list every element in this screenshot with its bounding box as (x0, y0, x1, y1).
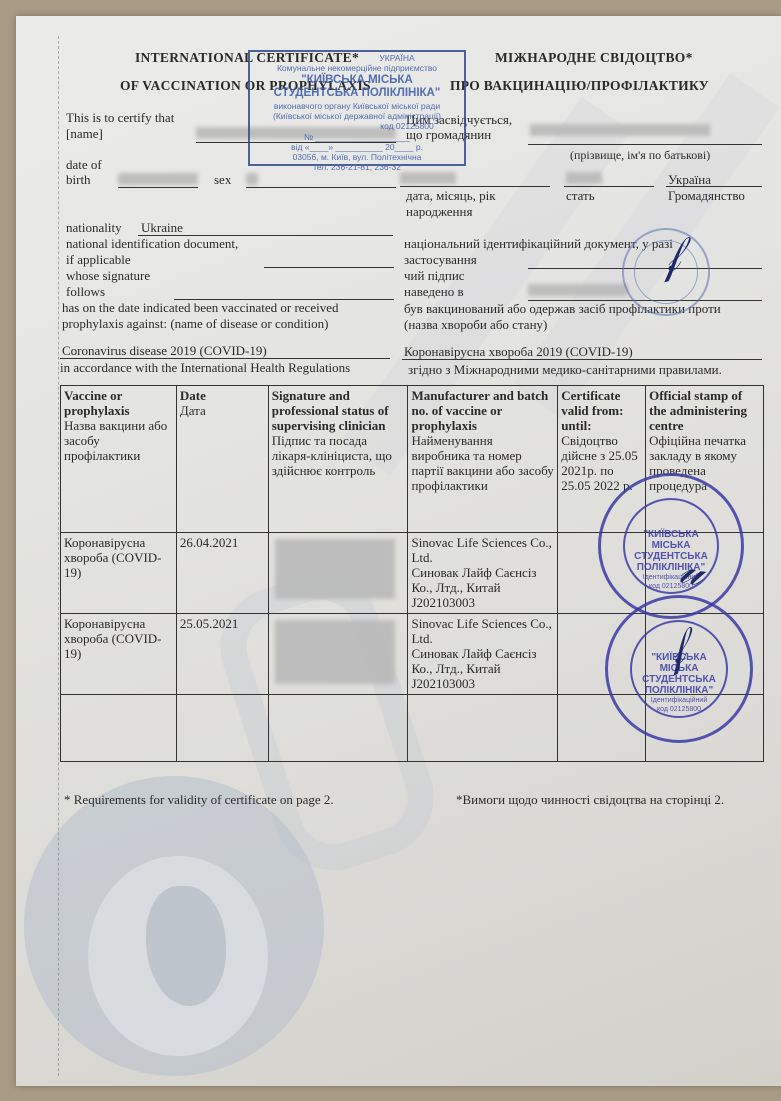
stamp-text: "КИЇВСЬКА (601, 529, 741, 540)
rect-stamp-line: виконавчого органу Київської міської рад… (250, 101, 464, 111)
rect-stamp-line: Комунальне некомерційне підприємство (250, 63, 464, 73)
title-uk-line1: МІЖНАРОДНЕ СВІДОЦТВО* (495, 50, 693, 66)
footer-note-uk: *Вимоги щодо чинності свідоцтва на сторі… (456, 792, 724, 808)
dob-line-uk (400, 186, 550, 187)
rect-stamp-line: "КИЇВСЬКА МІСЬКА (250, 74, 464, 86)
vaccinated-label-en-2: prophylaxis against: (name of disease or… (62, 316, 328, 332)
redacted-sex-uk (566, 172, 602, 184)
cell-empty (268, 695, 408, 762)
cell-clinician (268, 614, 408, 695)
dob-label-en-1: date of (66, 157, 102, 173)
signature-label-uk-1: чий підпис (404, 268, 465, 284)
disease-line-en (60, 358, 390, 359)
header-date: DateДата (176, 386, 268, 533)
stamp-text: Ідентифікаційний (608, 696, 750, 705)
national-id-label-en-1: national identification document, (66, 236, 238, 252)
redacted-clinician (275, 539, 395, 599)
globe-watermark-inner (88, 856, 268, 1056)
cell-manufacturer: Sinovac Life Sciences Co., Ltd.Синовак Л… (408, 614, 558, 695)
dob-label-en-2: birth (66, 172, 91, 188)
header-clinician: Signature and professional status of sup… (268, 386, 408, 533)
redacted-sex-en (246, 173, 258, 185)
stamp-text: МІСЬКА (601, 540, 741, 551)
name-line-uk (528, 144, 762, 145)
dob-label-uk-1: дата, місяць, рік (406, 188, 496, 204)
cell-manufacturer: Sinovac Life Sciences Co., Ltd.Синовак Л… (408, 533, 558, 614)
signature-label-en-1: whose signature (66, 268, 150, 284)
signature-label-en-2: follows (66, 284, 105, 300)
citizenship-line-uk (666, 186, 762, 187)
disease-value-en: Coronavirus disease 2019 (COVID-19) (62, 343, 267, 359)
rect-stamp-line: від «____» __________ 20____ р. (250, 142, 464, 152)
rect-stamp-line: УКРАЇНА (290, 53, 504, 63)
rect-stamp-line: СТУДЕНТСЬКА ПОЛІКЛІНІКА" (250, 87, 464, 99)
stamp-text: СТУДЕНТСЬКА (608, 674, 750, 685)
sex-label-en: sex (214, 172, 231, 188)
stamp-text: СТУДЕНТСЬКА (601, 551, 741, 562)
stamp-text: ПОЛІКЛІНІКА" (608, 685, 750, 696)
header-vaccine: Vaccine or prophylaxisНазва вакцини або … (61, 386, 177, 533)
regulations-uk: згідно з Міжнародними медико-санітарними… (408, 362, 722, 378)
redacted-doc-uk (528, 284, 628, 296)
stamp-text: Ідентифікаційний (601, 573, 741, 582)
disease-line-uk (402, 359, 762, 360)
national-id-label-en-2: if applicable (66, 252, 131, 268)
redacted-dob-en (118, 173, 198, 185)
institution-rectangular-stamp: УКРАЇНА Комунальне некомерційне підприєм… (248, 50, 466, 166)
cell-empty (61, 695, 177, 762)
rect-stamp-line: тел. 236-21-81, 236-32 (250, 162, 464, 172)
header-manufacturer: Manufacturer and batch no. of vaccine or… (408, 386, 558, 533)
stamp-text: код 02125800 (608, 705, 750, 714)
vaccinated-label-uk-2: (назва хвороби або стану) (404, 317, 547, 333)
nationality-value-en: Ukraine (141, 220, 183, 236)
cell-date: 25.05.2021 (176, 614, 268, 695)
redacted-clinician (275, 620, 395, 684)
citizenship-label-uk: Громадянство (668, 188, 745, 204)
national-id-line-en (264, 267, 394, 268)
rect-stamp-line: № ____________________ (250, 132, 464, 142)
stamp-text: ПОЛІКЛІНІКА" (601, 562, 741, 573)
cell-empty (176, 695, 268, 762)
rect-stamp-line: (Київської міської державної адміністрац… (250, 111, 464, 121)
sex-line-uk (564, 186, 654, 187)
sex-line-en (246, 187, 396, 188)
sex-label-uk: стать (566, 188, 595, 204)
name-label-en: [name] (66, 126, 103, 142)
dob-label-uk-2: народження (406, 204, 472, 220)
dob-line-en (118, 187, 198, 188)
perforation-line (58, 36, 59, 1076)
redacted-name-uk (530, 124, 710, 136)
signature-label-uk-2: наведено в (404, 284, 464, 300)
cell-clinician (268, 533, 408, 614)
national-id-label-uk-2: застосування (404, 252, 477, 268)
rect-stamp-line: код 02125800 (300, 121, 514, 131)
cell-vaccine: Коронавірусна хвороба (COVID-19) (61, 614, 177, 695)
cell-date: 26.04.2021 (176, 533, 268, 614)
cell-vaccine: Коронавірусна хвороба (COVID-19) (61, 533, 177, 614)
redacted-dob-uk (400, 172, 456, 184)
title-uk-line2: ПРО ВАКЦИНАЦІЮ/ПРОФІЛАКТИКУ (450, 78, 709, 94)
footer-note-en: * Requirements for validity of certifica… (64, 792, 334, 808)
regulations-en: in accordance with the International Hea… (60, 360, 350, 376)
nationality-label-en: nationality (66, 220, 122, 236)
certify-label-en: This is to certify that (66, 110, 174, 126)
globe-watermark-icon (24, 776, 324, 1076)
vaccinated-label-en-1: has on the date indicated been vaccinate… (62, 300, 338, 316)
globe-watermark-land (146, 886, 226, 1006)
stamp-text: код 02125800 (601, 582, 741, 591)
cell-empty (408, 695, 558, 762)
disease-value-uk: Коронавірусна хвороба 2019 (COVID-19) (404, 344, 633, 360)
rect-stamp-line: 03056, м. Київ, вул. Політехнічна (250, 152, 464, 162)
name-hint-uk: (прізвище, ім'я по батькові) (570, 147, 710, 163)
